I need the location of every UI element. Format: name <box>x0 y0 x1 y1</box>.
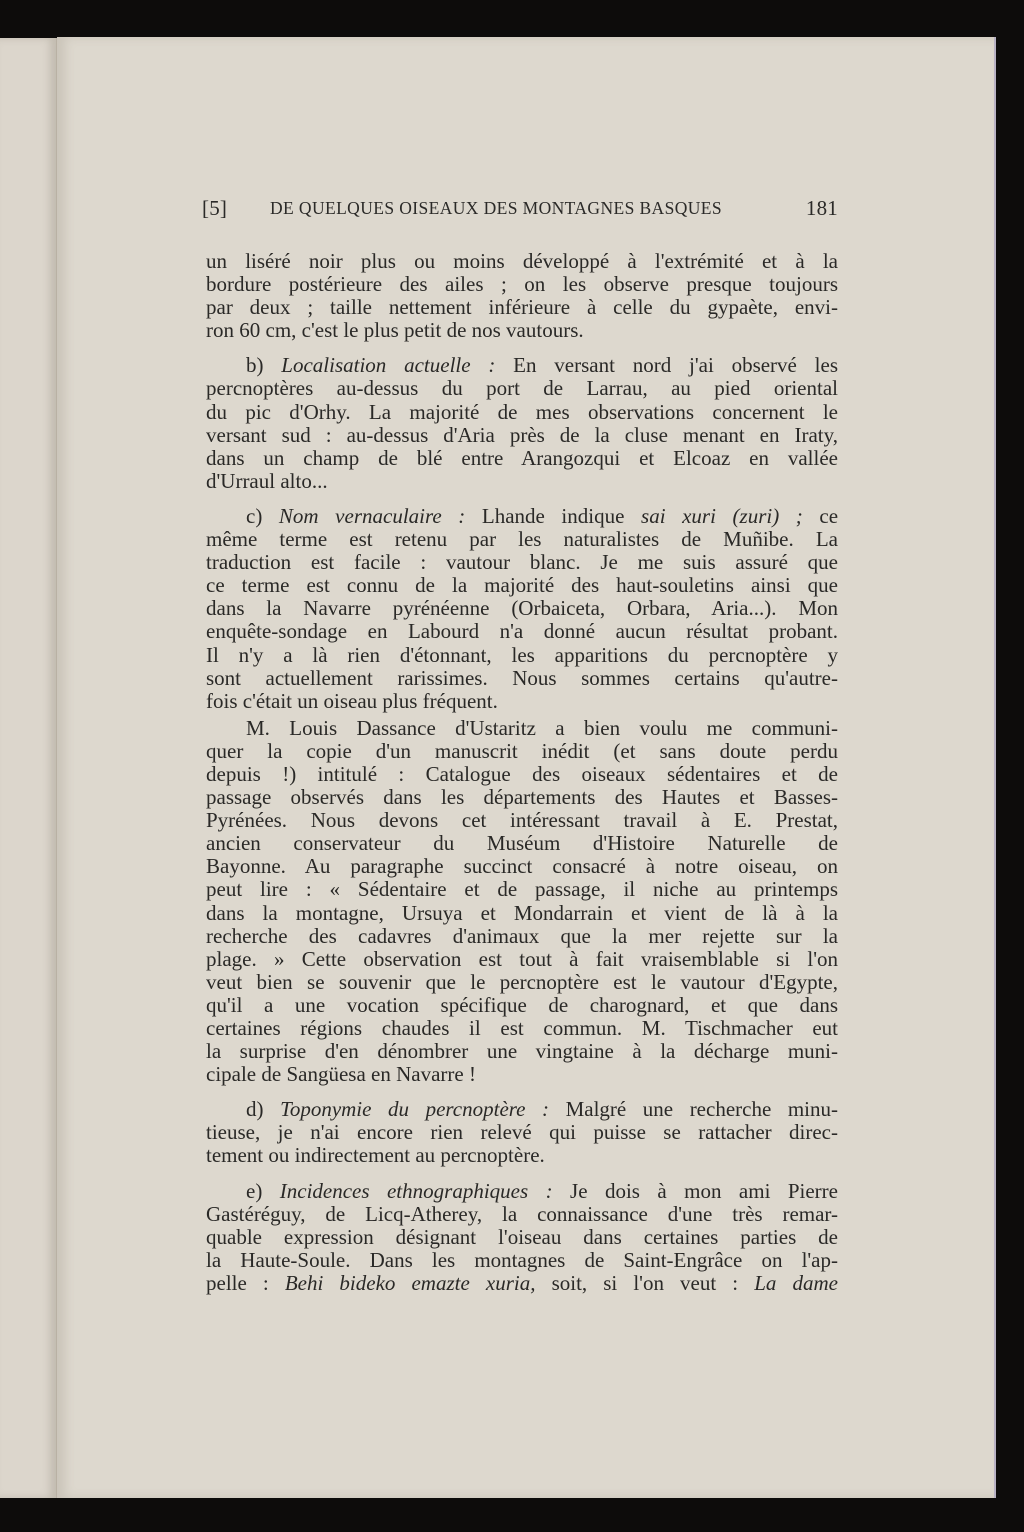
section-heading: Incidences ethnographiques : <box>280 1179 553 1203</box>
text-line: fois c'était un oiseau plus fréquent. <box>206 690 838 713</box>
running-title: DE QUELQUES OISEAUX DES MONTAGNES BASQUE… <box>270 198 722 219</box>
paragraph-incidences: e) Incidences ethnographiques : Je dois … <box>206 1180 838 1295</box>
page-number: 181 <box>806 196 838 221</box>
text-line: traduction est facile : vautour blanc. J… <box>206 551 838 574</box>
text-line: dans un champ de blé entre Arangozqui et… <box>206 447 838 470</box>
text-line: e) Incidences ethnographiques : Je dois … <box>206 1180 838 1203</box>
text-line: percnoptères au-dessus du port de Larrau… <box>206 377 838 400</box>
text-line: depuis !) intitulé : Catalogue des oisea… <box>206 763 838 786</box>
text-line: d'Urraul alto... <box>206 470 838 493</box>
text-line: b) Localisation actuelle : En versant no… <box>206 354 838 377</box>
text-line: ancien conservateur du Muséum d'Histoire… <box>206 832 838 855</box>
text-line: bordure postérieure des ailes ; on les o… <box>206 273 838 296</box>
text-line: qu'il a une vocation spécifique de charo… <box>206 994 838 1017</box>
section-heading: Nom vernaculaire : <box>279 504 465 528</box>
text-line: quable expression désignant l'oiseau dan… <box>206 1226 838 1249</box>
text-line: sont actuellement rarissimes. Nous somme… <box>206 667 838 690</box>
text-line: quer la copie d'un manuscrit inédit (et … <box>206 740 838 763</box>
text-line: plage. » Cette observation est tout à fa… <box>206 948 838 971</box>
text-line: Il n'y a là rien d'étonnant, les apparit… <box>206 644 838 667</box>
text-line: ron 60 cm, c'est le plus petit de nos va… <box>206 319 838 342</box>
text-line: M. Louis Dassance d'Ustaritz a bien voul… <box>206 717 838 740</box>
facing-page-edge <box>0 38 57 1498</box>
paragraph-dassance: M. Louis Dassance d'Ustaritz a bien voul… <box>206 717 838 1087</box>
text-line: Gastéréguy, de Licq-Atherey, la connaiss… <box>206 1203 838 1226</box>
paragraph-localisation: b) Localisation actuelle : En versant no… <box>206 354 838 493</box>
text-line: recherche des cadavres d'animaux que la … <box>206 925 838 948</box>
text-line: pelle : Behi bideko emazte xuria, soit, … <box>206 1272 838 1295</box>
text-line: versant sud : au-dessus d'Aria près de l… <box>206 424 838 447</box>
item-label: e) <box>246 1179 262 1203</box>
item-label: b) <box>246 353 264 377</box>
text-line: la surprise d'en dénombrer une vingtaine… <box>206 1040 838 1063</box>
item-label: d) <box>246 1097 264 1121</box>
section-heading: Toponymie du percnoptère : <box>280 1097 549 1121</box>
text-line: même terme est retenu par les naturalist… <box>206 528 838 551</box>
body-text: un liséré noir plus ou moins développé à… <box>206 250 838 1295</box>
item-label: c) <box>246 504 262 528</box>
text-line: veut bien se souvenir que le percnoptère… <box>206 971 838 994</box>
text-line: dans la Navarre pyrénéenne (Orbaiceta, O… <box>206 597 838 620</box>
paragraph-nom-vernaculaire: c) Nom vernaculaire : Lhande indique sai… <box>206 505 838 713</box>
paragraph-description: un liséré noir plus ou moins développé à… <box>206 250 838 342</box>
section-heading: Localisation actuelle : <box>281 353 495 377</box>
text-line: un liséré noir plus ou moins développé à… <box>206 250 838 273</box>
text-line: cipale de Sangüesa en Navarre ! <box>206 1063 838 1086</box>
text-line: enquête-sondage en Labourd n'a donné auc… <box>206 620 838 643</box>
paragraph-toponymie: d) Toponymie du percnoptère : Malgré une… <box>206 1098 838 1167</box>
text-line: passage observés dans les départements d… <box>206 786 838 809</box>
text-line: peut lire : « Sédentaire et de passage, … <box>206 878 838 901</box>
text-line: dans la montagne, Ursuya et Mondarrain e… <box>206 902 838 925</box>
section-number: [5] <box>202 196 227 221</box>
text-line: Pyrénées. Nous devons cet intéressant tr… <box>206 809 838 832</box>
text-line: tieuse, je n'ai encore rien relevé qui p… <box>206 1121 838 1144</box>
text-line: c) Nom vernaculaire : Lhande indique sai… <box>206 505 838 528</box>
text-line: du pic d'Orhy. La majorité de mes observ… <box>206 401 838 424</box>
text-line: d) Toponymie du percnoptère : Malgré une… <box>206 1098 838 1121</box>
text-line: la Haute-Soule. Dans les montagnes de Sa… <box>206 1249 838 1272</box>
text-line: Bayonne. Au paragraphe succinct consacré… <box>206 855 838 878</box>
text-line: certaines régions chaudes il est commun.… <box>206 1017 838 1040</box>
text-line: par deux ; taille nettement inférieure à… <box>206 296 838 319</box>
running-head: [5] DE QUELQUES OISEAUX DES MONTAGNES BA… <box>206 196 838 224</box>
text-line: tement ou indirectement au percnoptère. <box>206 1144 838 1167</box>
text-line: ce terme est connu de la majorité des ha… <box>206 574 838 597</box>
